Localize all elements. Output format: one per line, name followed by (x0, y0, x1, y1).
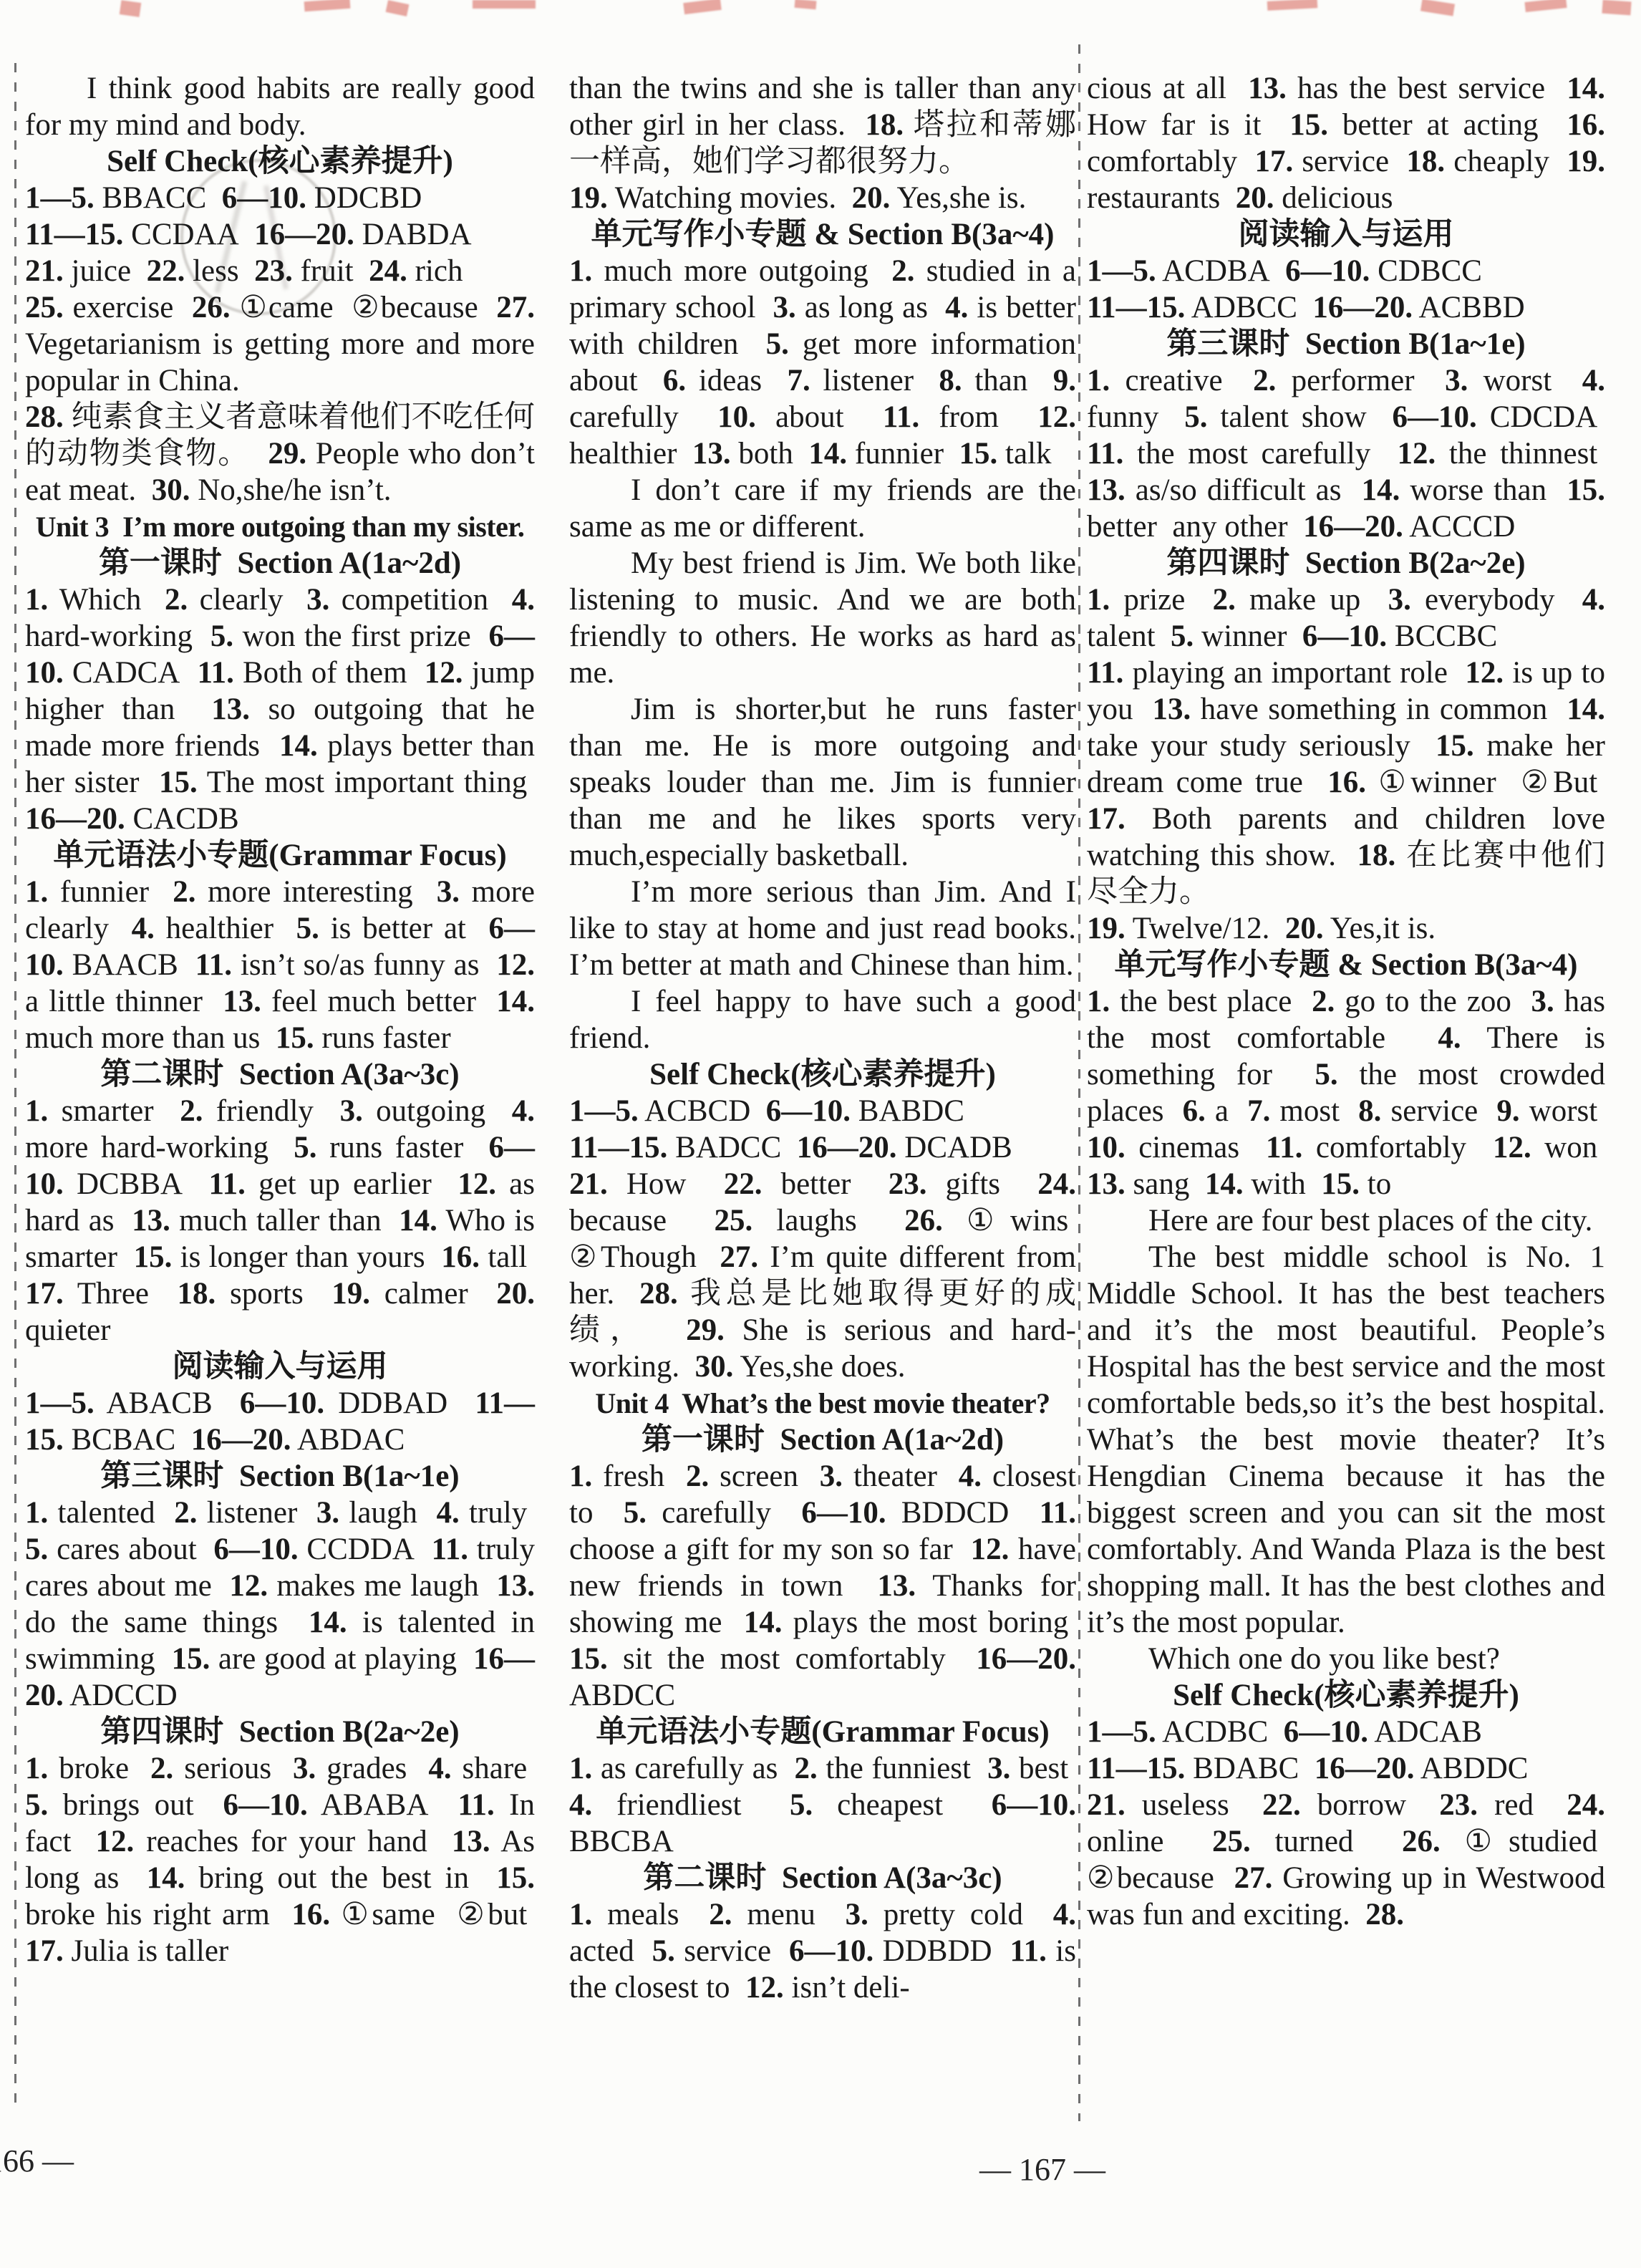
answer-text: 19. Watching movies. 20. Yes,she is. (569, 180, 1076, 216)
section-heading: 阅读输入与运用 (25, 1348, 535, 1385)
answer-text: 1. funnier 2. more interesting 3. more c… (25, 874, 535, 1056)
section-heading: 单元语法小专题(Grammar Focus) (569, 1714, 1076, 1750)
column-divider-dashed-line (1078, 44, 1080, 2121)
answer-text: 1. prize 2. make up 3. everybody 4. tale… (1087, 582, 1605, 655)
answer-text: 1. the best place 2. go to the zoo 3. ha… (1087, 983, 1605, 1202)
paragraph-text: Jim is shorter,but he runs faster than m… (569, 691, 1076, 874)
section-heading: 第二课时 Section A(3a~3c) (25, 1056, 535, 1093)
answer-text: 25. exercise 26. ①came ②because 27. Vege… (25, 289, 535, 399)
unit-title: Unit 4 What’s the best movie theater? (569, 1385, 1076, 1422)
section-heading: 第一课时 Section A(1a~2d) (25, 545, 535, 582)
paragraph-text: I don’t care if my friends are the same … (569, 472, 1076, 545)
answer-text: 1. fresh 2. screen 3. theater 4. closest… (569, 1458, 1076, 1714)
red-mark (386, 0, 410, 16)
section-heading: 单元写作小专题 & Section B(3a~4) (569, 216, 1076, 253)
red-mark (1524, 0, 1567, 12)
paragraph-text: I’m more serious than Jim. And I like to… (569, 874, 1076, 983)
red-mark (120, 0, 142, 17)
paragraph-text: The best middle school is No. 1 Middle S… (1087, 1239, 1605, 1641)
red-mark (1602, 0, 1631, 15)
section-heading: 单元写作小专题 & Section B(3a~4) (1087, 947, 1605, 983)
paragraph-text: Which one do you like best? (1087, 1641, 1605, 1677)
section-heading: 第三课时 Section B(1a~1e) (1087, 326, 1605, 362)
answer-text: 28. 纯素食主义者意味着他们不吃任何的动物类食物。 29. People wh… (25, 399, 535, 508)
answer-text: 1. broke 2. serious 3. grades 4. share 5… (25, 1750, 535, 1969)
answer-text: 11—15. BADCC 16—20. DCADB (569, 1129, 1076, 1166)
paragraph-text: Here are four best places of the city. (1087, 1202, 1605, 1239)
red-mark (304, 0, 351, 11)
column-1: I think good habits are really good for … (25, 70, 535, 1969)
answer-text: 11—15. ADBCC 16—20. ACBBD (1087, 289, 1605, 326)
section-heading: 单元语法小专题(Grammar Focus) (25, 837, 535, 874)
answer-text: 1—5. ACDBA 6—10. CDBCC (1087, 253, 1605, 289)
column-2: than the twins and she is taller than an… (569, 70, 1076, 2006)
answer-text: 21. juice 22. less 23. fruit 24. rich (25, 253, 535, 289)
answer-text: 1. creative 2. performer 3. worst 4. fun… (1087, 362, 1605, 545)
section-heading: 第一课时 Section A(1a~2d) (569, 1422, 1076, 1458)
answer-key-page: I think good habits are really good for … (0, 0, 1641, 2268)
answer-text: 1. much more outgoing 2. studied in a pr… (569, 253, 1076, 472)
page-number-right: — 167 — (979, 2151, 1105, 2188)
unit-title: Unit 3 I’m more outgoing than my sister. (25, 508, 535, 545)
paragraph-text: My best friend is Jim. We both like list… (569, 545, 1076, 691)
answer-text: 21. How 22. better 23. gifts 24. because… (569, 1166, 1076, 1385)
answer-text: 11. playing an important role 12. is up … (1087, 655, 1605, 910)
red-mark (683, 0, 722, 14)
column-3: cious at all 13. has the best service 14… (1087, 70, 1605, 1933)
answer-text: than the twins and she is taller than an… (569, 70, 1076, 180)
answer-text: 1—5. ACBCD 6—10. BABDC (569, 1093, 1076, 1129)
left-fold-dashed-line (14, 63, 16, 2110)
section-heading: 阅读输入与运用 (1087, 216, 1605, 253)
section-heading: 第四课时 Section B(2a~2e) (25, 1714, 535, 1750)
answer-text: 1—5. BBACC 6—10. DDCBD (25, 180, 535, 216)
red-mark (795, 0, 817, 9)
section-heading: Self Check(核心素养提升) (1087, 1677, 1605, 1714)
answer-text: 19. Twelve/12. 20. Yes,it is. (1087, 910, 1605, 947)
answer-text: 11—15. BDABC 16—20. ABDDC (1087, 1750, 1605, 1787)
section-heading: Self Check(核心素养提升) (25, 143, 535, 180)
paragraph-text: I feel happy to have such a good friend. (569, 983, 1076, 1056)
answer-text: 1. meals 2. menu 3. pretty cold 4. acted… (569, 1896, 1076, 2006)
page-number-left: 166 — (0, 2143, 74, 2179)
answer-text: 1. Which 2. clearly 3. competition 4. ha… (25, 582, 535, 837)
answer-text: 1. smarter 2. friendly 3. outgoing 4. mo… (25, 1093, 535, 1348)
answer-text: 1. talented 2. listener 3. laugh 4. trul… (25, 1495, 535, 1714)
red-mark (473, 0, 536, 9)
red-mark (1267, 0, 1318, 11)
answer-text: 1. as carefully as 2. the funniest 3. be… (569, 1750, 1076, 1860)
answer-text: 1—5. ACDBC 6—10. ADCAB (1087, 1714, 1605, 1750)
red-mark (1420, 0, 1455, 16)
section-heading: 第四课时 Section B(2a~2e) (1087, 545, 1605, 582)
answer-text: 1—5. ABACB 6—10. DDBAD 11—15. BCBAC 16—2… (25, 1385, 535, 1458)
answer-text: 21. useless 22. borrow 23. red 24. onlin… (1087, 1787, 1605, 1933)
answer-text: cious at all 13. has the best service 14… (1087, 70, 1605, 216)
paragraph-text: I think good habits are really good for … (25, 70, 535, 143)
answer-text: 11—15. CCDAA 16—20. DABDA (25, 216, 535, 253)
section-heading: Self Check(核心素养提升) (569, 1056, 1076, 1093)
section-heading: 第三课时 Section B(1a~1e) (25, 1458, 535, 1495)
section-heading: 第二课时 Section A(3a~3c) (569, 1860, 1076, 1896)
